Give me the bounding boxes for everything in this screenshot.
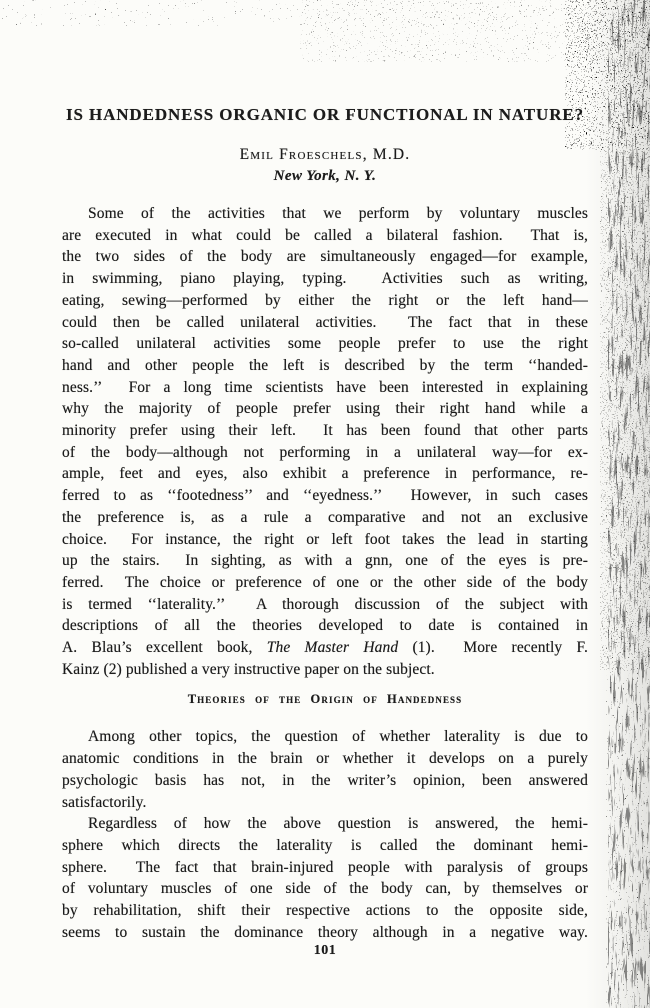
text-line: seems to sustain the dominance theory al… xyxy=(62,922,588,944)
text-line: is termed ‘‘laterality.’’ A thorough dis… xyxy=(62,594,588,616)
text-line: eating, sewing—performed by either the r… xyxy=(62,290,588,312)
text-line: up the stairs. In sighting, as with a gn… xyxy=(62,550,588,572)
text-line: Among other topics, the question of whet… xyxy=(62,726,588,748)
noise-right-streaks xyxy=(608,0,650,1008)
text-line: minority prefer using their left. It has… xyxy=(62,420,588,442)
text-line: descriptions of all the theories develop… xyxy=(62,615,588,637)
noise-right-specks xyxy=(606,0,650,1008)
paragraph-theories-question: Among other topics, the question of whet… xyxy=(62,726,588,813)
text-line: the two sides of the body are simultaneo… xyxy=(62,246,588,268)
noise-right-mid xyxy=(600,150,650,670)
scanned-document-page: IS HANDEDNESS ORGANIC OR FUNCTIONAL IN N… xyxy=(0,0,650,1008)
text-line: by rehabilitation, shift their respectiv… xyxy=(62,900,588,922)
text-line: the preference is, as a rule a comparati… xyxy=(62,507,588,529)
text-line: sphere which directs the laterality is c… xyxy=(62,835,588,857)
text-line: ferred. The choice or preference of one … xyxy=(62,572,588,594)
text-line: so-called unilateral activities some peo… xyxy=(62,333,588,355)
text-line: why the majority of people prefer using … xyxy=(62,398,588,420)
page-number: 101 xyxy=(0,943,650,959)
text-line: of the body—although not performing in a… xyxy=(62,442,588,464)
text-line: A. Blau’s excellent book, The Master Han… xyxy=(62,637,588,659)
text-line: ferred to as ‘‘footedness’’ and ‘‘eyedne… xyxy=(62,485,588,507)
text-line: anatomic conditions in the brain or whet… xyxy=(62,748,588,770)
text-line: satisfactorily. xyxy=(62,792,588,814)
text-line: sphere. The fact that brain-injured peop… xyxy=(62,857,588,879)
article-author-location: New York, N. Y. xyxy=(62,167,588,185)
text-line: ness.’’ For a long time scientists have … xyxy=(62,377,588,399)
text-line: are executed in what could be called a b… xyxy=(62,225,588,247)
text-line: could then be called unilateral activiti… xyxy=(62,312,588,334)
paragraph-intro: Some of the activities that we perform b… xyxy=(62,203,588,680)
article-author: Emil Froeschels, M.D. xyxy=(62,146,588,164)
text-line: psychologic basis has not, in the writer… xyxy=(62,770,588,792)
text-line: Some of the activities that we perform b… xyxy=(62,203,588,225)
text-line: of voluntary muscles of one side of the … xyxy=(62,878,588,900)
text-line: choice. For instance, the right or left … xyxy=(62,529,588,551)
text-line: ample, feet and eyes, also exhibit a pre… xyxy=(62,463,588,485)
article-content: IS HANDEDNESS ORGANIC OR FUNCTIONAL IN N… xyxy=(62,0,588,944)
article-title: IS HANDEDNESS ORGANIC OR FUNCTIONAL IN N… xyxy=(62,104,588,126)
text-line: hand and other people the left is descri… xyxy=(62,355,588,377)
paragraph-dominant-hemisphere: Regardless of how the above question is … xyxy=(62,813,588,943)
text-line: Regardless of how the above question is … xyxy=(62,813,588,835)
text-line: Kainz (2) published a very instructive p… xyxy=(62,659,588,681)
section-heading: Theories of the Origin of Handedness xyxy=(62,692,588,707)
text-line: in swimming, piano playing, typing. Acti… xyxy=(62,268,588,290)
